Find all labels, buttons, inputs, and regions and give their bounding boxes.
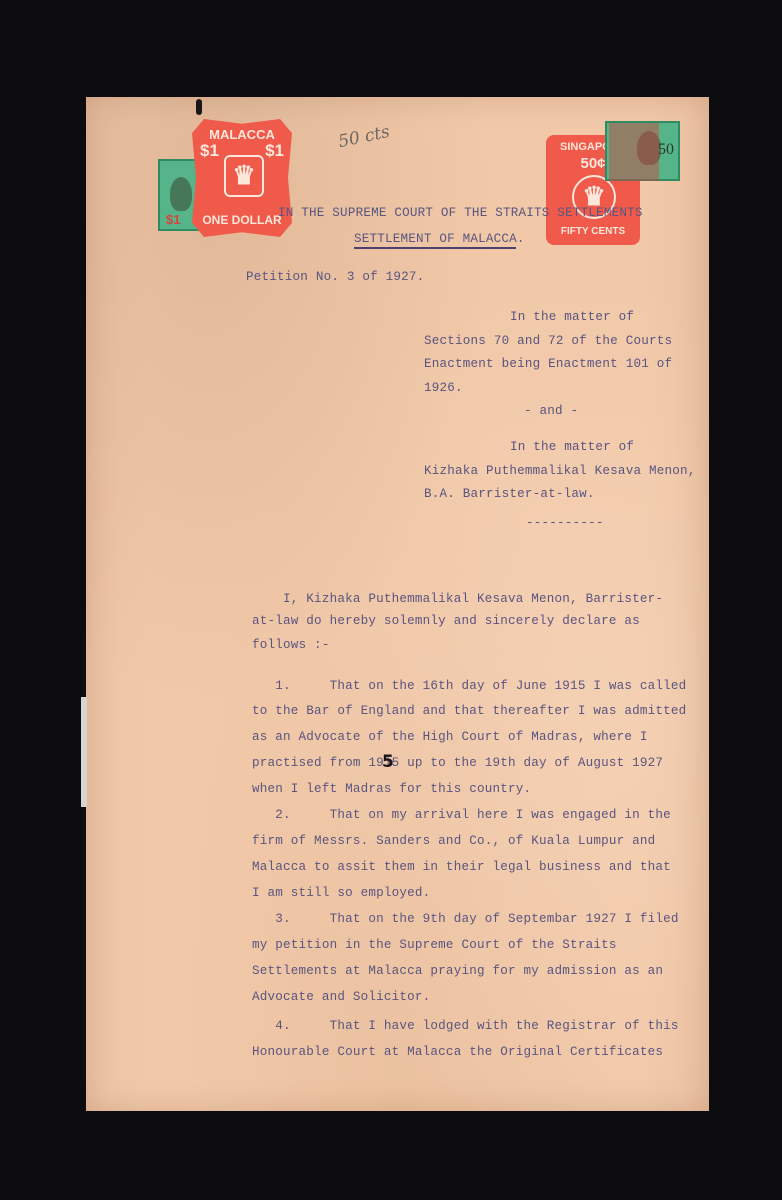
petition-number: Petition No. 3 of 1927. [246, 271, 424, 284]
paragraph-2-line: firm of Messrs. Sanders and Co., of Kual… [252, 835, 655, 848]
paragraph-4-line: Honourable Court at Malacca the Original… [252, 1046, 663, 1059]
stamp-value: 50 [658, 141, 674, 159]
paragraph-1-line: to the Bar of England and that thereafte… [252, 705, 686, 718]
stamp-value: $1 [166, 212, 180, 227]
straits-revenue-stamp-right: 50 [605, 121, 680, 181]
paragraph-1-line: when I left Madras for this country. [252, 783, 531, 796]
intro-line: I, Kizhaka Puthemmalikal Kesava Menon, B… [252, 593, 663, 606]
matter-1-line: Enactment being Enactment 101 of [424, 358, 672, 371]
stamp-value-right: $1 [265, 141, 284, 161]
paragraph-3-line: Advocate and Solicitor. [252, 991, 430, 1004]
matter-2-line: In the matter of [510, 441, 634, 454]
document-page: 50 cts $1 MALACCA $1 $1 ♛ ONE DOLLAR SIN… [86, 97, 709, 1111]
matter-2-line: B.A. Barrister-at-law. [424, 488, 595, 501]
court-heading: IN THE SUPREME COURT OF THE STRAITS SETT… [278, 207, 643, 220]
paragraph-1-line: practised from 1915 up to the 19th day o… [252, 757, 663, 770]
malacca-one-dollar-stamp: MALACCA $1 $1 ♛ ONE DOLLAR [192, 119, 292, 237]
paragraph-1-line: as an Advocate of the High Court of Madr… [252, 731, 648, 744]
intro-line: at-law do hereby solemnly and sincerely … [252, 615, 640, 628]
paragraph-2-line: 2. That on my arrival here I was engaged… [252, 809, 671, 822]
paragraph-1-line: 1. That on the 16th day of June 1915 I w… [252, 680, 686, 693]
king-portrait-icon [170, 177, 192, 211]
heading-underline [354, 247, 516, 249]
stamp-bottom-label: FIFTY CENTS [546, 226, 640, 237]
and-line: - and - [524, 405, 578, 418]
paper-fold-edge [81, 697, 87, 807]
ink-blot [196, 99, 202, 115]
intro-line: follows :- [252, 639, 330, 652]
matter-1-line: 1926. [424, 382, 463, 395]
paragraph-2-line: I am still so employed. [252, 887, 430, 900]
stamp-top-label: MALACCA [192, 127, 292, 142]
ink-correction: 5 [382, 752, 394, 772]
pencil-note: 50 cts [336, 122, 391, 152]
matter-1-line: Sections 70 and 72 of the Courts [424, 335, 672, 348]
paragraph-3-line: my petition in the Supreme Court of the … [252, 939, 617, 952]
paragraph-2-line: Malacca to assit them in their legal bus… [252, 861, 671, 874]
separator-line: ---------- [526, 517, 604, 530]
paragraph-3-line: Settlements at Malacca praying for my ad… [252, 965, 663, 978]
paragraph-3-line: 3. That on the 9th day of Septembar 1927… [252, 913, 679, 926]
stamp-value-left: $1 [200, 141, 219, 161]
matter-2-line: Kizhaka Puthemmalikal Kesava Menon, [424, 465, 696, 478]
cancellation-mark [609, 123, 659, 181]
stamp-bottom-label: ONE DOLLAR [192, 213, 292, 227]
settlement-heading: SETTLEMENT OF MALACCA. [354, 233, 525, 246]
crown-icon: ♛ [224, 155, 264, 197]
matter-1-line: In the matter of [510, 311, 634, 324]
paragraph-4-line: 4. That I have lodged with the Registrar… [252, 1020, 679, 1033]
